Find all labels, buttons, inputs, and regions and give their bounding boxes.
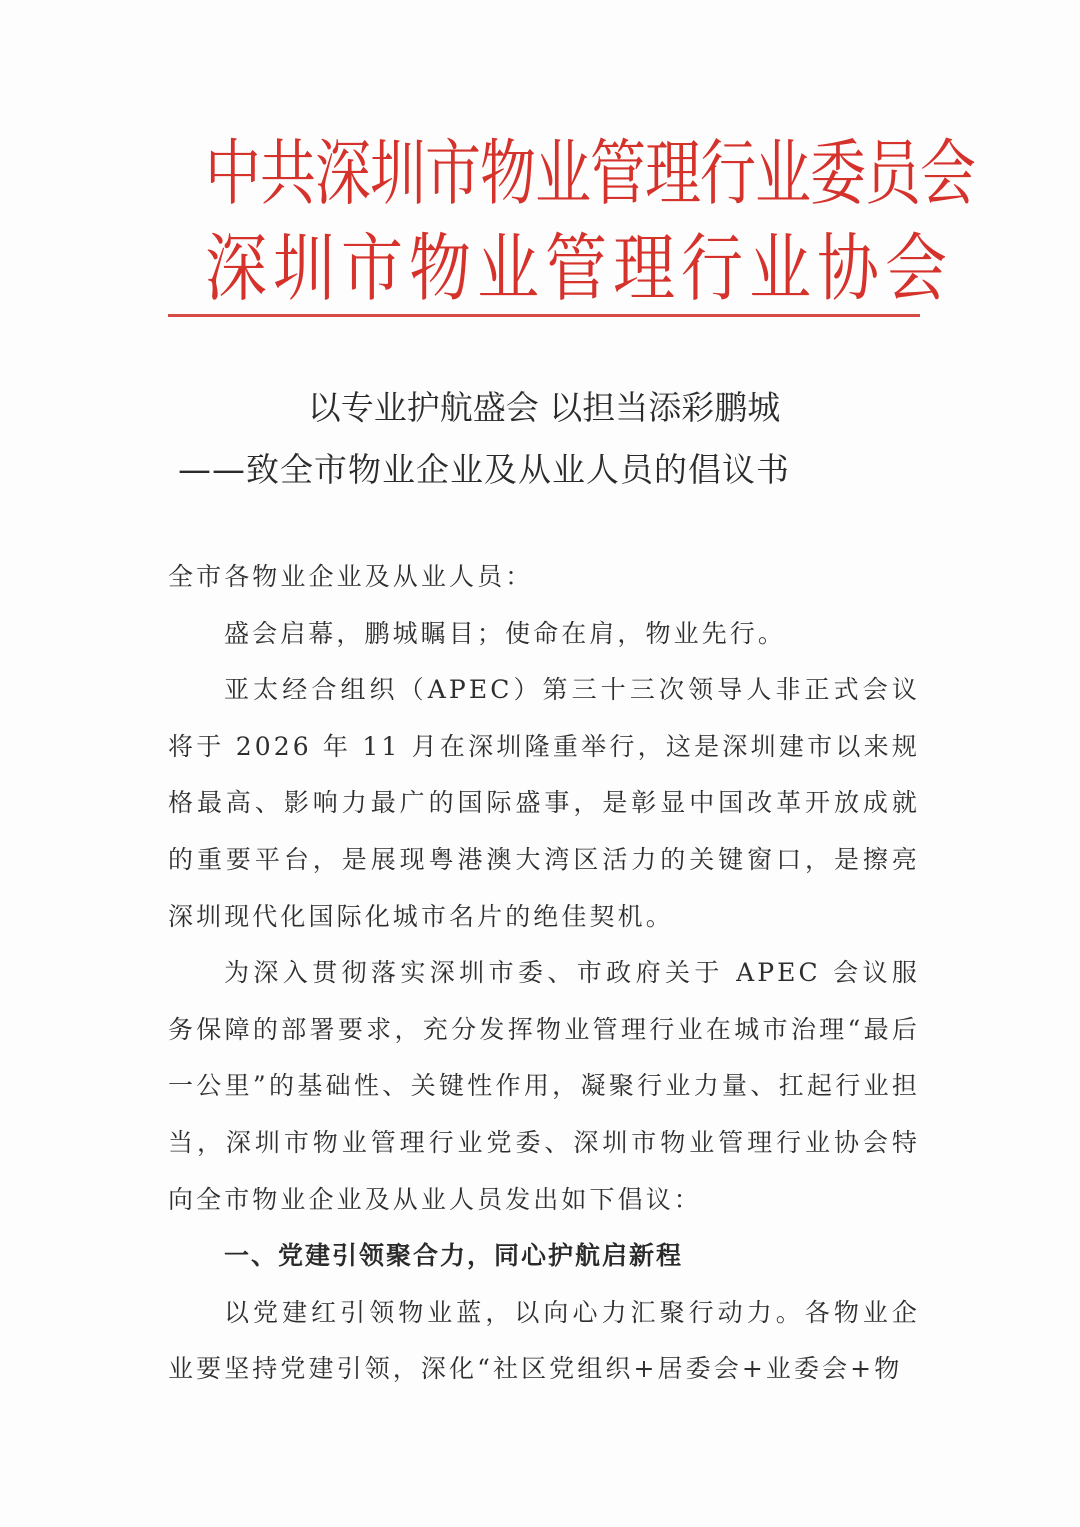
letterhead-divider [168, 314, 920, 317]
document-body: 全市各物业企业及从业人员： 盛会启幕，鹏城瞩目；使命在肩，物业先行。 亚太经合组… [168, 549, 920, 1398]
document-subtitle: ——致全市物业企业及从业人员的倡议书 [0, 448, 1080, 492]
letterhead-line-1: 中共深圳市物业管理行业委员会 [205, 124, 885, 226]
section-text-1: 以党建红引领物业蓝，以向心力汇聚行动力。各物业企业要坚持党建引领，深化“社区党组… [168, 1285, 920, 1398]
section-heading-1: 一、党建引领聚合力，同心护航启新程 [168, 1228, 920, 1285]
document-page: 中共深圳市物业管理行业委员会 深圳市物业管理行业协会 以专业护航盛会 以担当添彩… [0, 0, 1080, 1527]
document-title: 以专业护航盛会 以担当添彩鹏城 [4, 386, 1080, 430]
letterhead-line-2: 深圳市物业管理行业协会 [205, 218, 885, 319]
paragraph-apec-intro: 亚太经合组织（APEC）第三十三次领导人非正式会议将于 2026 年 11 月在… [168, 662, 920, 945]
salutation: 全市各物业企业及从业人员： [168, 549, 920, 606]
paragraph-opening: 盛会启幕，鹏城瞩目；使命在肩，物业先行。 [168, 606, 920, 663]
paragraph-purpose: 为深入贯彻落实深圳市委、市政府关于 APEC 会议服务保障的部署要求，充分发挥物… [168, 945, 920, 1228]
